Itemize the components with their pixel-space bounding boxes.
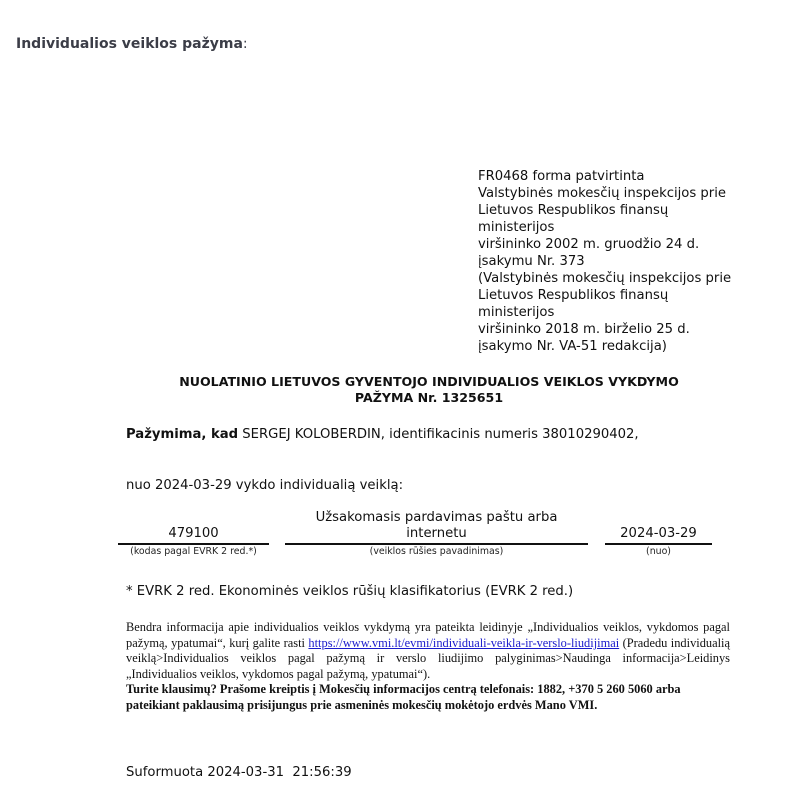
page-heading: Individualios veiklos pažyma: [16, 36, 248, 52]
page-heading-label: Individualios veiklos pažyma [16, 36, 243, 52]
activity-date-caption: (nuo) [605, 546, 712, 558]
activity-name-caption: (veiklos rūšies pavadinimas) [285, 546, 588, 558]
approval-block: FR0468 forma patvirtinta Valstybinės mok… [478, 168, 758, 355]
activity-name-line1: Užsakomasis pardavimas paštu arba [285, 510, 588, 526]
activity-code-field: 479100 (kodas pagal EVRK 2 red.*) [118, 526, 269, 558]
activity-name-value: Užsakomasis pardavimas paštu arba intern… [285, 510, 588, 545]
approval-line: Lietuvos Respublikos finansų [478, 202, 758, 219]
approval-line: FR0468 forma patvirtinta [478, 168, 758, 185]
since-statement: nuo 2024-03-29 vykdo individualią veiklą… [126, 478, 403, 493]
contact-line1: Turite klausimų? Prašome kreiptis į Moke… [126, 682, 681, 696]
contact-line2: pateikiant paklausimą prisijungus prie a… [126, 698, 597, 712]
activity-name-field: Užsakomasis pardavimas paštu arba intern… [285, 510, 588, 558]
contact-info: Turite klausimų? Prašome kreiptis į Moke… [126, 682, 730, 713]
activity-date-value: 2024-03-29 [605, 526, 712, 545]
certify-lead: Pažymima, kad [126, 427, 238, 442]
certify-statement: Pažymima, kad SERGEJ KOLOBERDIN, identif… [126, 427, 639, 442]
info-paragraph: Bendra informacija apie individualios ve… [126, 620, 730, 682]
approval-line: ministerijos [478, 304, 758, 321]
approval-line: Valstybinės mokesčių inspekcijos prie [478, 185, 758, 202]
activity-name-line2: internetu [285, 526, 588, 542]
approval-line: (Valstybinės mokesčių inspekcijos prie [478, 270, 758, 287]
generated-timestamp: Suformuota 2024-03-31 21:56:39 [126, 765, 352, 780]
activity-code-value: 479100 [118, 526, 269, 545]
activity-date-field: 2024-03-29 (nuo) [605, 526, 712, 558]
footnote: * EVRK 2 red. Ekonominės veiklos rūšių k… [126, 584, 573, 599]
approval-line: įsakymo Nr. VA-51 redakcija) [478, 338, 758, 355]
document-title-line2: PAŽYMA Nr. 1325651 [150, 390, 708, 406]
document-title-line1: NUOLATINIO LIETUVOS GYVENTOJO INDIVIDUAL… [150, 374, 708, 390]
approval-line: viršininko 2018 m. birželio 25 d. [478, 321, 758, 338]
activity-code-caption: (kodas pagal EVRK 2 red.*) [118, 546, 269, 558]
page-heading-colon: : [243, 36, 248, 52]
approval-line: ministerijos [478, 219, 758, 236]
approval-line: viršininko 2002 m. gruodžio 24 d. [478, 236, 758, 253]
certify-text: SERGEJ KOLOBERDIN, identifikacinis numer… [238, 427, 639, 442]
approval-line: Lietuvos Respublikos finansų [478, 287, 758, 304]
vmi-link[interactable]: https://www.vmi.lt/evmi/individuali-veik… [308, 636, 619, 650]
info-block: Bendra informacija apie individualios ve… [126, 620, 730, 714]
document-title: NUOLATINIO LIETUVOS GYVENTOJO INDIVIDUAL… [150, 374, 708, 406]
approval-line: įsakymu Nr. 373 [478, 253, 758, 270]
